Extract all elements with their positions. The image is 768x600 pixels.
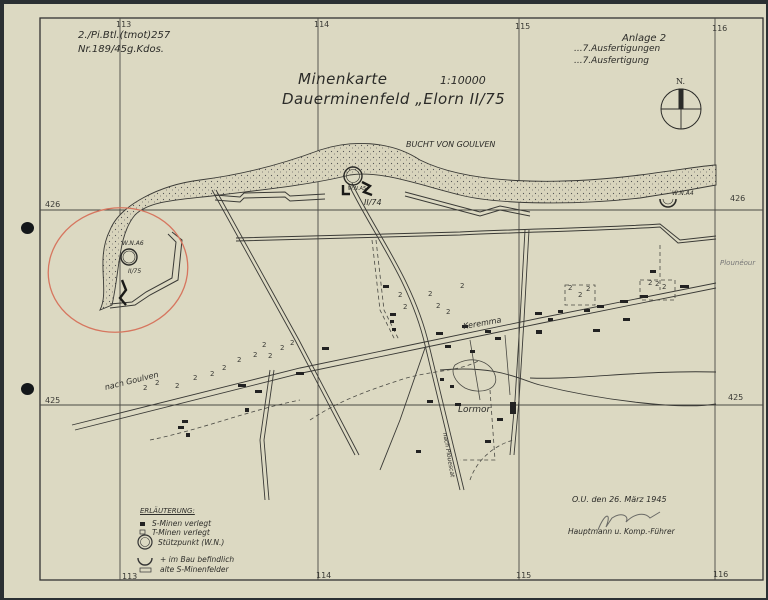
- strongpoint-a5-label: W.N.A5: [348, 186, 366, 192]
- svg-text:2: 2: [222, 364, 226, 372]
- grid-top-114: 114: [314, 20, 329, 29]
- punch-hole-bottom: [21, 383, 34, 395]
- village-label-lormor: Lormor: [458, 405, 490, 415]
- reference-line: Nr.189/45g.Kdos.: [78, 44, 164, 55]
- svg-text:2: 2: [280, 344, 284, 352]
- punch-hole-top: [21, 222, 34, 234]
- signature-date: O.U. den 26. März 1945: [572, 495, 667, 504]
- grid-top-113: 113: [116, 20, 131, 29]
- svg-text:2: 2: [398, 291, 402, 299]
- map-title: Minenkarte: [298, 70, 388, 88]
- svg-text:2: 2: [436, 302, 440, 310]
- svg-text:2: 2: [428, 290, 432, 298]
- grid-bottom-115: 115: [516, 571, 531, 580]
- legend-heading: ERLÄUTERUNG:: [140, 507, 195, 515]
- legend-under-construction: + im Bau befindlich: [160, 555, 234, 564]
- grid-bottom-116: 116: [713, 570, 728, 579]
- trench-lines: [110, 192, 716, 308]
- grid-bottom-114: 114: [316, 571, 331, 580]
- svg-text:2: 2: [210, 370, 214, 378]
- copy-line: ...7.Ausfertigung: [574, 56, 649, 66]
- annex-label: Anlage 2: [622, 33, 666, 44]
- svg-text:2: 2: [193, 374, 197, 382]
- grid-bottom-113: 113: [122, 572, 137, 581]
- bay-label: BUCHT VON GOULVEN: [406, 140, 495, 149]
- strongpoint-a5-sub: II/74: [364, 198, 382, 207]
- legend-s-mines: S-Minen verlegt: [152, 519, 211, 528]
- svg-text:2: 2: [262, 341, 266, 349]
- north-arrow-icon: [661, 89, 701, 129]
- legend-old-minefields: alte S-Minenfelder: [160, 565, 229, 574]
- legend-strongpoint: Stützpunkt (W.N.): [158, 538, 224, 547]
- svg-text:2: 2: [237, 356, 241, 364]
- svg-text:2: 2: [143, 384, 147, 392]
- svg-text:2: 2: [403, 303, 407, 311]
- svg-text:2: 2: [290, 339, 294, 347]
- svg-text:2: 2: [655, 280, 659, 288]
- svg-text:2: 2: [648, 279, 652, 287]
- north-label: N.: [676, 77, 685, 86]
- dune-strip: [100, 143, 716, 310]
- signature-title: Hauptmann u. Komp.-Führer: [568, 527, 675, 536]
- svg-text:2: 2: [586, 285, 590, 293]
- svg-text:2: 2: [662, 283, 666, 291]
- grid-top-115: 115: [515, 22, 530, 31]
- edge-note: Plounéour: [720, 259, 755, 267]
- svg-text:2: 2: [155, 379, 159, 387]
- grid-top-116: 116: [712, 24, 727, 33]
- unit-line: 2./Pi.Btl.(tmot)257: [78, 30, 170, 41]
- grid-right-425: 425: [728, 393, 743, 402]
- legend-t-mines: T-Minen verlegt: [152, 528, 210, 537]
- minefield-name: Dauerminenfeld „Elorn II/75: [282, 90, 505, 108]
- svg-text:2: 2: [446, 308, 450, 316]
- t-mine-markers: 222 222 222 222 222 222 222 222: [143, 279, 666, 392]
- svg-text:2: 2: [175, 382, 179, 390]
- strongpoint-a4-label: W.N.A4: [672, 190, 694, 197]
- svg-text:2: 2: [268, 352, 272, 360]
- grid-right-426: 426: [730, 194, 745, 203]
- svg-text:2: 2: [568, 284, 572, 292]
- grid-left-426: 426: [45, 200, 60, 209]
- grid-left-425: 425: [45, 396, 60, 405]
- roads: [72, 183, 716, 500]
- s-mines: [178, 270, 689, 453]
- map-scale: 1:10000: [440, 74, 486, 87]
- svg-text:2: 2: [578, 291, 582, 299]
- strongpoint-a6-sub: II/75: [128, 268, 141, 275]
- footpaths: [150, 240, 675, 480]
- strongpoint-a6-label: W.N.A6: [122, 240, 144, 247]
- copies-line: ...7.Ausfertigungen: [574, 44, 660, 54]
- legend-symbols: [138, 522, 152, 572]
- svg-text:2: 2: [253, 351, 257, 359]
- svg-text:2: 2: [460, 282, 464, 290]
